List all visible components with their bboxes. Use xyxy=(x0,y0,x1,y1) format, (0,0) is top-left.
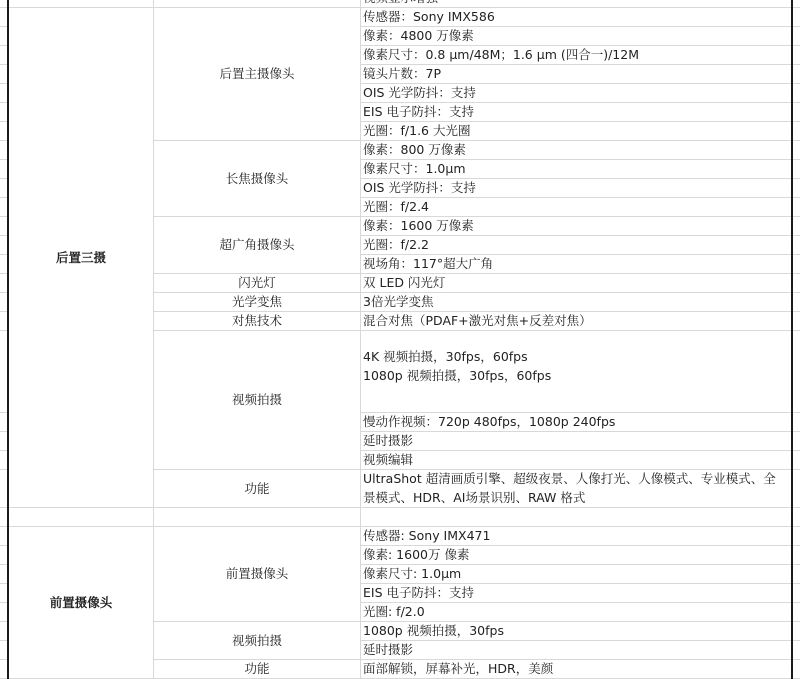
spec-value: 传感器：Sony IMX586 xyxy=(363,7,788,26)
spec-value: OIS 光学防抖：支持 xyxy=(363,178,788,197)
spec-value: 1080p 视频拍摄，30fps xyxy=(363,621,788,640)
section-title-front: 前置摄像头 xyxy=(9,526,153,678)
spec-value: 视频编辑 xyxy=(363,450,788,469)
group-label-front-video: 视频拍摄 xyxy=(154,621,360,659)
spec-value: 3倍光学变焦 xyxy=(363,292,788,311)
spec-value: 光圈: f/2.0 xyxy=(363,602,788,621)
spec-value-partial: 视频显示增强 xyxy=(363,0,788,7)
section-title-rear: 后置三摄 xyxy=(9,7,153,507)
group-label-video: 视频拍摄 xyxy=(154,330,360,469)
spec-value: UltraShot 超清画质引擎、超级夜景、人像打光、人像模式、专业模式、全景模… xyxy=(363,469,783,507)
spec-value: 视场角：117°超大广角 xyxy=(363,254,788,273)
spec-value: 像素尺寸：0.8 μm/48M；1.6 μm (四合一)/12M xyxy=(363,45,788,64)
spec-value: 传感器: Sony IMX471 xyxy=(363,526,788,545)
spec-value: 光圈：f/2.4 xyxy=(363,197,788,216)
spec-value: 光圈：f/1.6 大光圈 xyxy=(363,121,788,140)
group-label-focus: 对焦技术 xyxy=(154,311,360,330)
spec-value: 光圈：f/2.2 xyxy=(363,235,788,254)
group-label-ultrawide: 超广角摄像头 xyxy=(154,216,360,273)
group-label-features: 功能 xyxy=(154,469,360,507)
spec-value: 4K 视频拍摄，30fps，60fps xyxy=(363,347,788,366)
spec-value: EIS 电子防抖：支持 xyxy=(363,583,788,602)
spec-value: 混合对焦（PDAF+激光对焦+反差对焦） xyxy=(363,311,788,330)
spec-value: 像素：800 万像素 xyxy=(363,140,788,159)
spec-value: 像素: 1600万 像素 xyxy=(363,545,788,564)
spec-value: 镜头片数：7P xyxy=(363,64,788,83)
spec-value: 延时摄影 xyxy=(363,431,788,450)
spec-value: 慢动作视频：720p 480fps，1080p 240fps xyxy=(363,412,788,431)
group-label-telephoto: 长焦摄像头 xyxy=(154,140,360,216)
group-label-optical-zoom: 光学变焦 xyxy=(154,292,360,311)
spec-value: 像素尺寸：1.0μm xyxy=(363,159,788,178)
group-label-front-features: 功能 xyxy=(154,659,360,678)
spec-table: 视频显示增强 后置三摄 后置主摄像头 传感器：Sony IMX586 像素：48… xyxy=(0,0,800,679)
spec-value: 双 LED 闪光灯 xyxy=(363,273,788,292)
spec-value: OIS 光学防抖：支持 xyxy=(363,83,788,102)
spec-value: EIS 电子防抖：支持 xyxy=(363,102,788,121)
group-label-flash: 闪光灯 xyxy=(154,273,360,292)
group-label-main-camera: 后置主摄像头 xyxy=(154,7,360,140)
spec-value: 像素：1600 万像素 xyxy=(363,216,788,235)
spec-value: 面部解锁，屏幕补光，HDR，美颜 xyxy=(363,659,788,678)
spec-value: 延时摄影 xyxy=(363,640,788,659)
spec-value: 1080p 视频拍摄，30fps，60fps xyxy=(363,366,788,385)
spec-value: 像素：4800 万像素 xyxy=(363,26,788,45)
spec-value: 像素尺寸: 1.0μm xyxy=(363,564,788,583)
group-label-front-camera: 前置摄像头 xyxy=(154,526,360,621)
